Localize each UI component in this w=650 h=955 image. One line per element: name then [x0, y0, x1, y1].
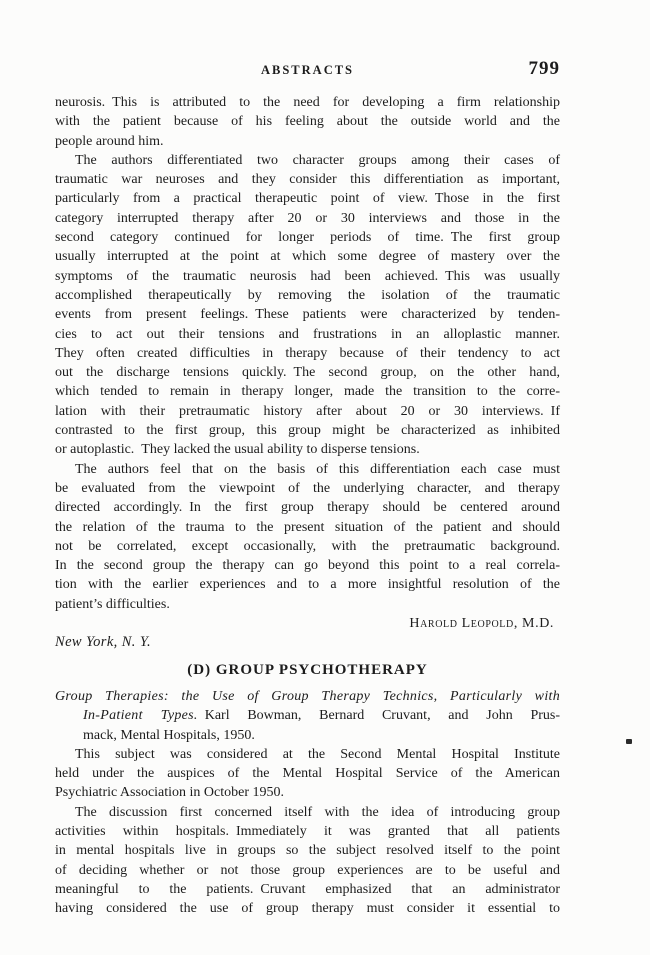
text-line: neurosis. This is attributed to the need… — [55, 93, 560, 112]
text-line: out the discharge tensions quickly. The … — [55, 363, 560, 382]
text-line: category interrupted therapy after 20 or… — [55, 209, 560, 228]
signature: Harold Leopold, M.D. — [55, 614, 560, 633]
text-line: meaningful to the patients. Cruvant emph… — [55, 880, 560, 899]
text-line: This subject was considered at the Secon… — [55, 745, 560, 764]
text-line: usually interrupted at the point at whic… — [55, 247, 560, 266]
text-line: They often created difficulties in thera… — [55, 344, 560, 363]
text-line: in mental hospitals live in groups so th… — [55, 841, 560, 860]
text-line: with the patient because of his feeling … — [55, 112, 560, 131]
text-line: patient’s difficulties. — [55, 595, 560, 614]
text-line: particularly from a practical therapeuti… — [55, 189, 560, 208]
text-line: people around him. — [55, 132, 560, 151]
citation-authors: Karl Bowman, Bernard Cruvant, and John P… — [205, 708, 560, 723]
citation-title: In-Patient Types. — [83, 708, 198, 723]
page-header: ABSTRACTS 799 — [55, 58, 560, 82]
text-line: or autoplastic. They lacked the usual ab… — [55, 440, 560, 459]
scanned-journal-page: { "header": { "running_title": "ABSTRACT… — [0, 0, 650, 955]
text-line: second category continued for longer per… — [55, 228, 560, 247]
text-line: contrasted to the first group, this grou… — [55, 421, 560, 440]
text-block: neurosis. This is attributed to the need… — [55, 93, 560, 918]
text-line: The discussion first concerned itself wi… — [55, 803, 560, 822]
citation-line: Group Therapies: the Use of Group Therap… — [55, 687, 560, 706]
paragraph: The authors feel that on the basis of th… — [55, 460, 560, 614]
text-line: be evaluated from the viewpoint of the u… — [55, 479, 560, 498]
citation-authors: mack, Mental Hospitals, 1950. — [83, 728, 255, 743]
running-title: ABSTRACTS — [55, 63, 560, 78]
page-number: 799 — [529, 58, 561, 80]
text-line: symptoms of the traumatic neurosis had b… — [55, 267, 560, 286]
citation: Group Therapies: the Use of Group Therap… — [55, 687, 560, 745]
text-line: cies to act out their tensions and frust… — [55, 325, 560, 344]
citation-line: In-Patient Types.Karl Bowman, Bernard Cr… — [55, 706, 560, 725]
citation-title: Group Therapies: the Use of Group Therap… — [55, 689, 560, 704]
text-line: directed accordingly. In the first group… — [55, 498, 560, 517]
text-line: accomplished therapeutically by removing… — [55, 286, 560, 305]
text-line: events from present feelings. These pati… — [55, 305, 560, 324]
location-line: New York, N. Y. — [55, 633, 560, 652]
text-line: the relation of the trauma to the presen… — [55, 518, 560, 537]
section-heading: (D) GROUP PSYCHOTHERAPY — [55, 661, 560, 680]
text-line: held under the auspices of the Mental Ho… — [55, 764, 560, 783]
text-line: not be correlated, except occasionally, … — [55, 537, 560, 556]
text-line: The authors feel that on the basis of th… — [55, 460, 560, 479]
paragraph: The discussion first concerned itself wi… — [55, 803, 560, 919]
text-line: In the second group the therapy can go b… — [55, 556, 560, 575]
text-line: activities within hospitals. Immediately… — [55, 822, 560, 841]
paragraph: neurosis. This is attributed to the need… — [55, 93, 560, 151]
paragraph: This subject was considered at the Secon… — [55, 745, 560, 803]
paragraph: The authors differentiated two character… — [55, 151, 560, 460]
citation-line: mack, Mental Hospitals, 1950. — [55, 726, 560, 745]
text-line: The authors differentiated two character… — [55, 151, 560, 170]
text-line: of deciding whether or not those group e… — [55, 861, 560, 880]
text-line: lation with their pretraumatic history a… — [55, 402, 560, 421]
ink-speck-artifact — [626, 739, 632, 744]
text-line: tion with the earlier experiences and to… — [55, 575, 560, 594]
text-line: which tended to remain in therapy longer… — [55, 382, 560, 401]
text-line: traumatic war neuroses and they consider… — [55, 170, 560, 189]
text-line: having considered the use of group thera… — [55, 899, 560, 918]
text-line: Psychiatric Association in October 1950. — [55, 783, 560, 802]
